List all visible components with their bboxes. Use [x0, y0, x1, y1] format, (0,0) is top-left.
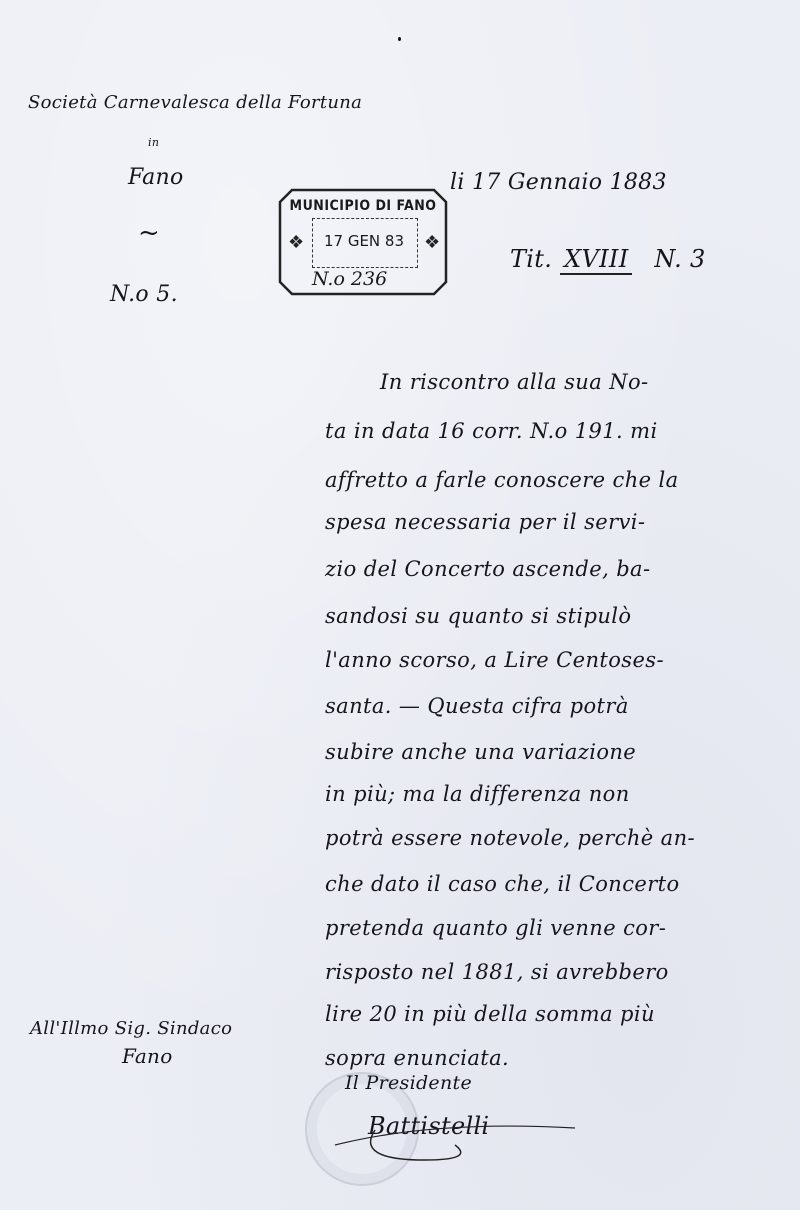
body-line: l'anno scorso, a Lire Centoses- [325, 648, 664, 672]
protocol-number: N.o 5. [110, 282, 178, 307]
ink-spot [398, 37, 401, 41]
body-line: sopra enunciata. [325, 1046, 509, 1070]
date-line: li 17 Gennaio 1883 [450, 170, 667, 195]
body-line: In riscontro alla sua No- [380, 370, 649, 394]
stamp-title: MUNICIPIO DI FANO [288, 198, 438, 214]
classification: Tit. XVIII N. 3 [510, 245, 706, 273]
body-line: risposto nel 1881, si avrebbero [325, 960, 669, 984]
body-line: subire anche una variazione [325, 740, 636, 764]
signature-flourish-icon [315, 1100, 615, 1170]
number-value: 3 [690, 245, 706, 273]
title-number: XVIII [560, 245, 632, 275]
flourish-icon: ~ [138, 218, 160, 248]
body-line: zio del Concerto ascende, ba- [325, 557, 650, 581]
body-line: in più; ma la differenza non [325, 782, 630, 806]
body-line: che dato il caso che, il Concerto [325, 872, 680, 896]
signatory-title: Il Presidente [345, 1072, 472, 1094]
body-line: pretenda quanto gli venne cor- [325, 916, 666, 940]
stamp-date: 17 GEN 83 [312, 232, 416, 250]
fleuron-icon: ❖ [288, 232, 304, 253]
number-label: N. [654, 245, 682, 273]
addressee-line: All'Illmo Sig. Sindaco [30, 1018, 232, 1039]
document-page: Società Carnevalesca della Fortuna in Fa… [0, 0, 800, 1210]
body-line: spesa necessaria per il servi- [325, 510, 645, 534]
society-name: Società Carnevalesca della Fortuna [28, 92, 362, 113]
body-line: santa. — Questa cifra potrà [325, 694, 629, 718]
stamp-protocol: N.o 236 [312, 268, 387, 290]
body-line: potrà essere notevole, perchè an- [325, 826, 695, 850]
body-line: ta in data 16 corr. N.o 191. mi [325, 419, 658, 443]
body-line: sandosi su quanto si stipulò [325, 604, 631, 628]
addressee-city: Fano [122, 1044, 173, 1068]
fleuron-icon: ❖ [424, 232, 440, 253]
body-line: affretto a farle conoscere che la [325, 468, 679, 492]
body-line: lire 20 in più della somma più [325, 1002, 655, 1026]
city-name: Fano [128, 165, 184, 190]
in-word: in [148, 136, 159, 149]
title-prefix: Tit. [510, 245, 552, 273]
